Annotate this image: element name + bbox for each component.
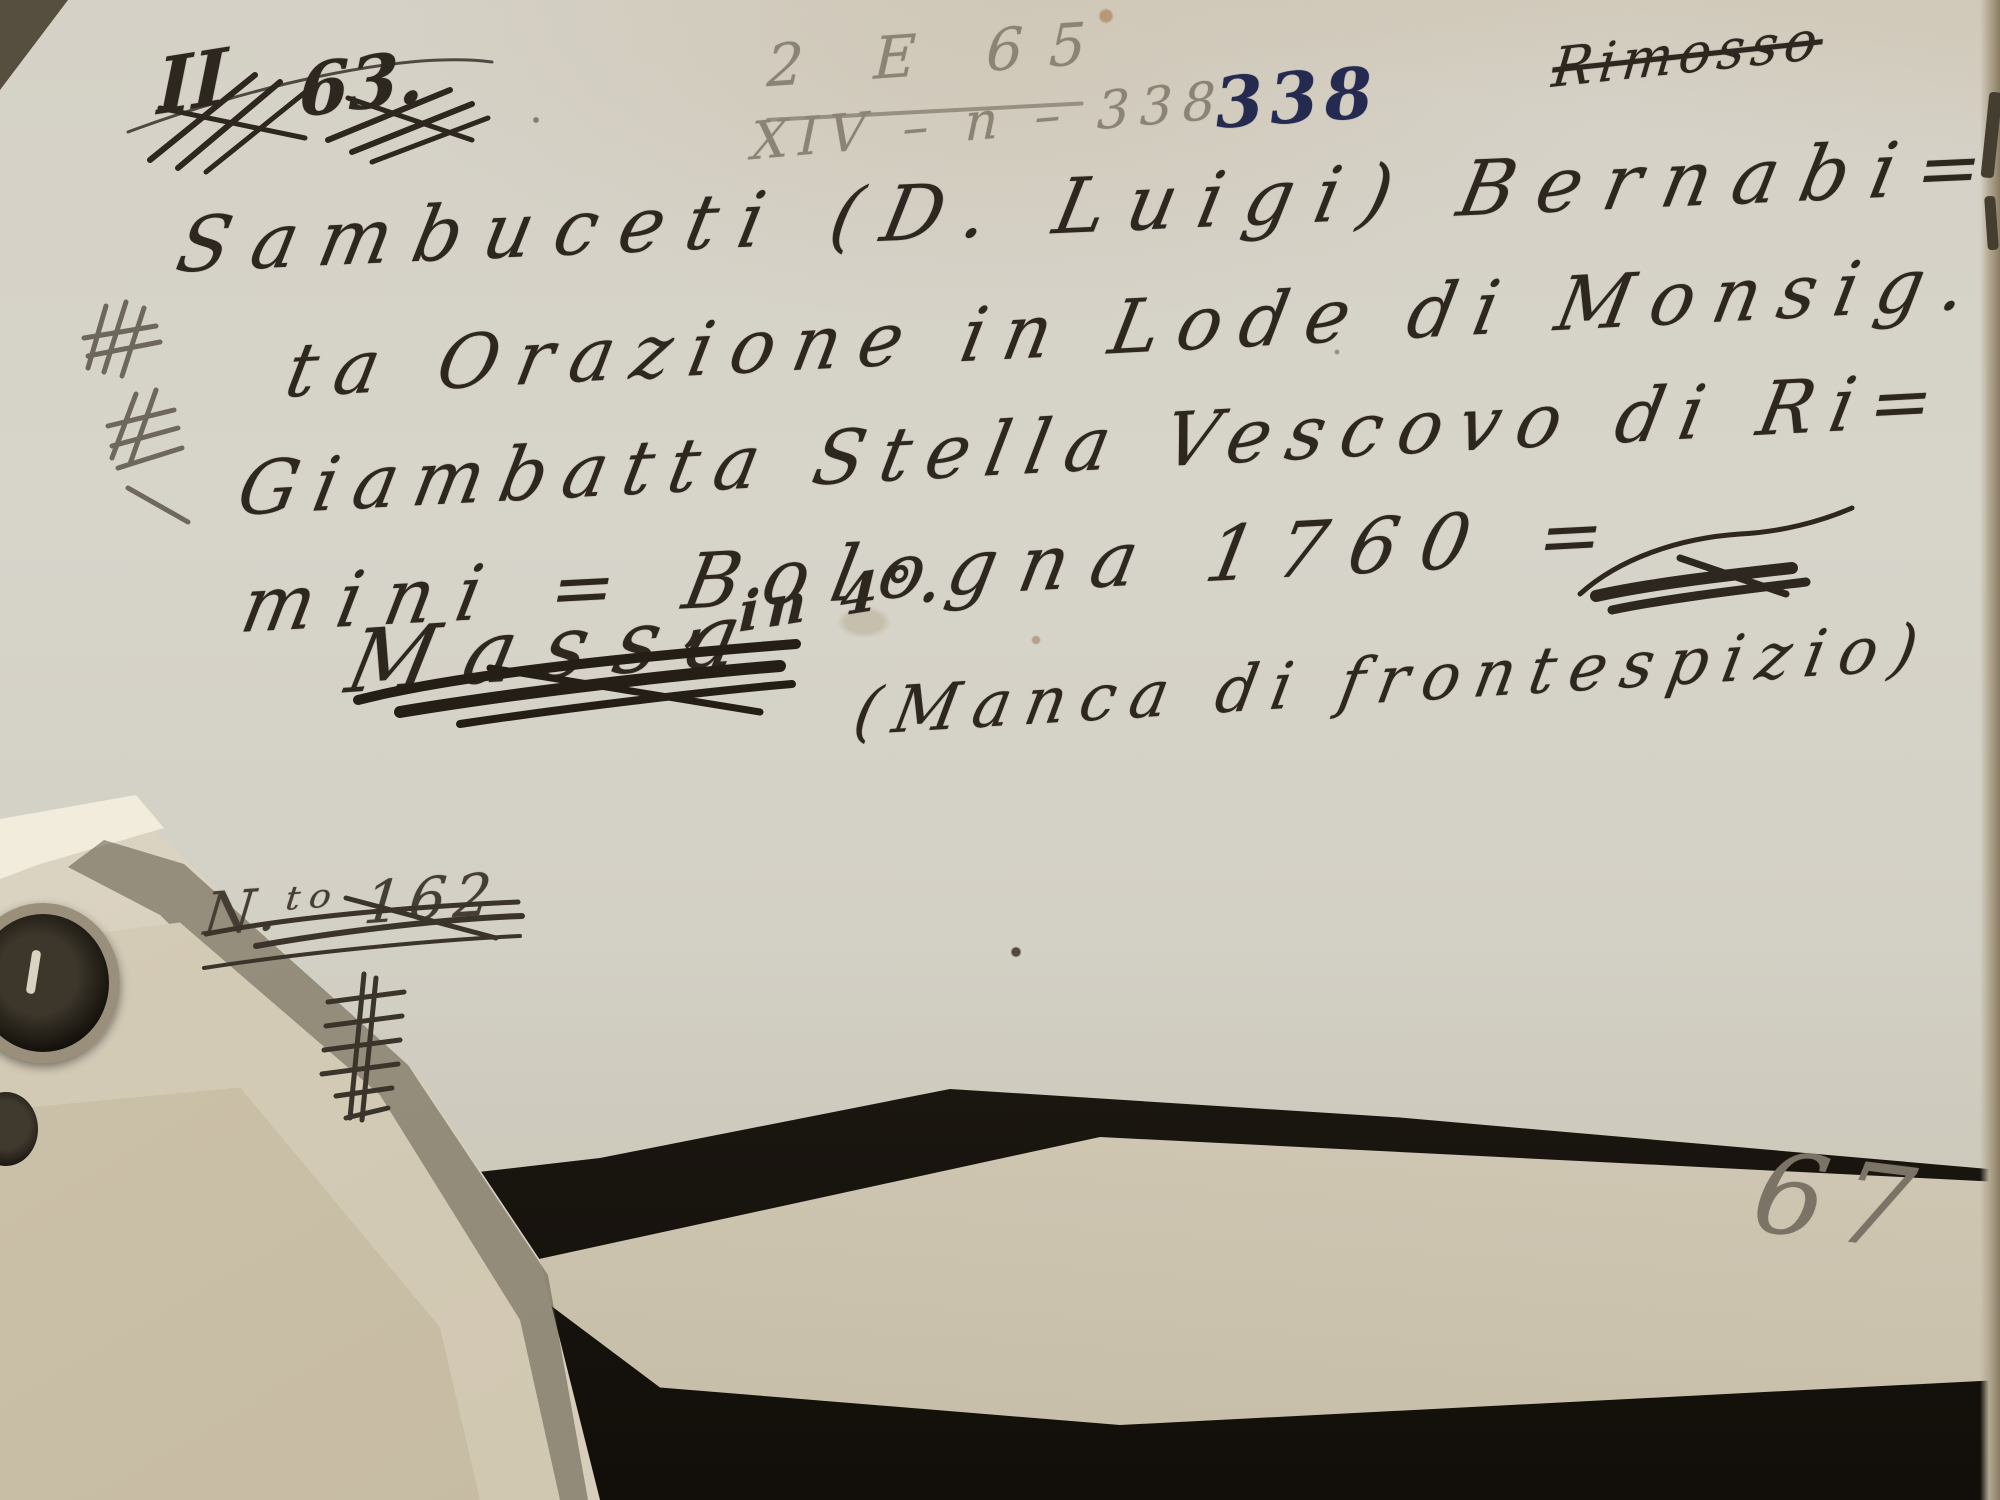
hash-scribble-below-number [292, 968, 432, 1128]
ink-scribble-over-place [340, 608, 820, 738]
catalog-card-photo: II 63. 2 E 65 XIV – n – 338 338 Rimosso … [0, 0, 2000, 1500]
ink-scribble-over-numbers [120, 20, 500, 180]
ink-record-number: 338 [1212, 51, 1382, 145]
ink-scribble-struck-word [1560, 498, 1860, 638]
pencil-page-number: 67 [1743, 1128, 1937, 1277]
grommet-slit [26, 950, 42, 995]
pencil-scribble-left-margin [78, 298, 228, 528]
scribble-over-inventory-number [196, 872, 526, 982]
